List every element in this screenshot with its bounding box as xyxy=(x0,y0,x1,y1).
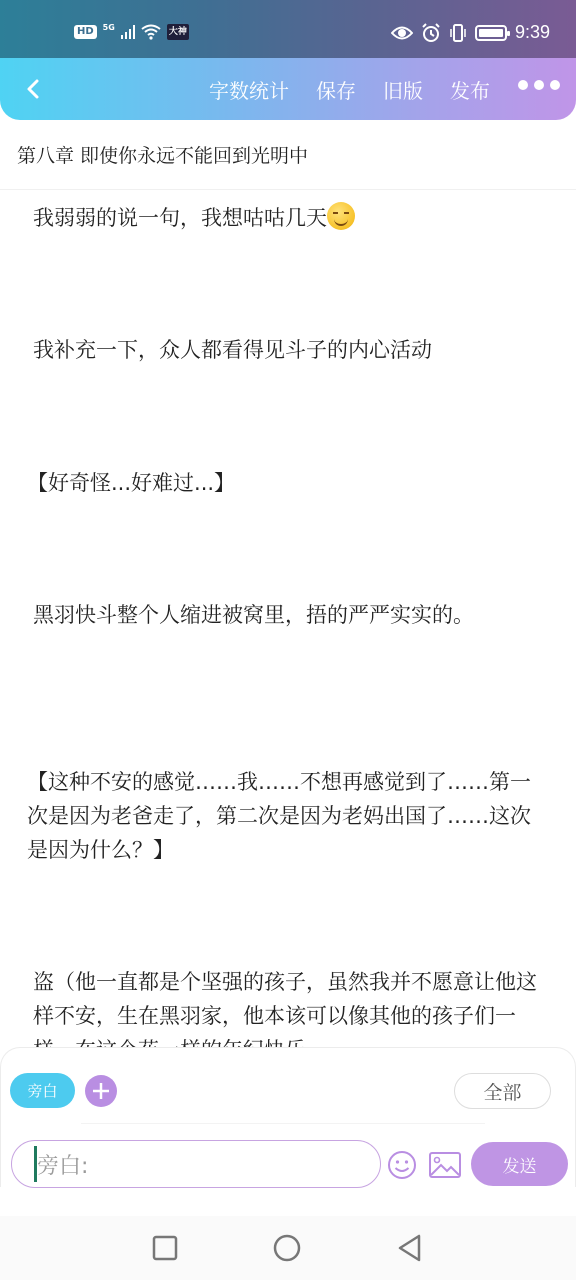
publish-button[interactable]: 发布 xyxy=(450,75,490,104)
toolbar-actions: 字数统计 保存 旧版 发布 xyxy=(209,58,490,120)
paragraph: 【这种不安的感觉……我……不想再感觉到了……第一次是因为老爸走了，第二次是因为老… xyxy=(27,765,542,867)
back-triangle-icon[interactable] xyxy=(396,1234,424,1262)
battery-icon xyxy=(475,25,507,41)
more-menu-button[interactable] xyxy=(518,80,560,90)
recent-apps-icon[interactable] xyxy=(151,1234,179,1262)
paragraph: 我弱弱的说一句，我想咕咕几天 xyxy=(33,201,548,235)
add-role-button[interactable] xyxy=(85,1075,117,1107)
eye-icon xyxy=(391,25,413,41)
more-dot xyxy=(518,80,528,90)
vibrate-icon xyxy=(449,23,467,43)
paragraph: 我补充一下，众人都看得见斗子的内心活动 xyxy=(33,333,548,367)
role-chip-narrator[interactable]: 旁白 xyxy=(10,1073,75,1108)
old-version-button[interactable]: 旧版 xyxy=(383,75,423,104)
plus-icon xyxy=(92,1082,110,1100)
smirk-face-emoji xyxy=(327,202,355,230)
send-button[interactable]: 发送 xyxy=(471,1142,568,1186)
editor-toolbar: 字数统计 保存 旧版 发布 xyxy=(0,58,576,120)
clock: 9:39 xyxy=(515,22,550,43)
filter-all-button[interactable]: 全部 xyxy=(454,1073,551,1109)
home-icon[interactable] xyxy=(273,1234,301,1262)
divider xyxy=(81,1123,485,1124)
paragraph: 【好奇怪...好难过...】 xyxy=(27,466,542,500)
word-count-button[interactable]: 字数统计 xyxy=(209,75,289,104)
chapter-title[interactable]: 第八章 即使你永远不能回到光明中 xyxy=(0,120,576,190)
composer-panel: 旁白 全部 旁白: 发送 xyxy=(0,1047,576,1187)
alarm-icon xyxy=(421,23,441,43)
paragraph: 黑羽快斗整个人缩进被窝里，捂的严严实实的。 xyxy=(33,598,548,632)
status-left-icons: HD 5G 大神 xyxy=(74,24,189,40)
input-placeholder: 旁白: xyxy=(37,1149,88,1180)
signal-icon xyxy=(121,25,135,39)
image-icon[interactable] xyxy=(429,1152,461,1178)
system-nav-bar xyxy=(0,1216,576,1280)
status-bar: HD 5G 大神 9:39 xyxy=(0,0,576,60)
more-dot xyxy=(550,80,560,90)
5g-label: 5G xyxy=(103,23,115,32)
back-button[interactable] xyxy=(18,74,48,104)
app-notification-icon: 大神 xyxy=(167,24,189,40)
chevron-left-icon xyxy=(25,78,41,100)
smiley-icon[interactable] xyxy=(387,1150,417,1180)
hd-icon: HD xyxy=(74,25,97,39)
status-right-icons: 9:39 xyxy=(391,22,550,43)
message-input[interactable]: 旁白: xyxy=(11,1140,381,1188)
save-button[interactable]: 保存 xyxy=(316,75,356,104)
wifi-icon xyxy=(141,24,161,40)
more-dot xyxy=(534,80,544,90)
